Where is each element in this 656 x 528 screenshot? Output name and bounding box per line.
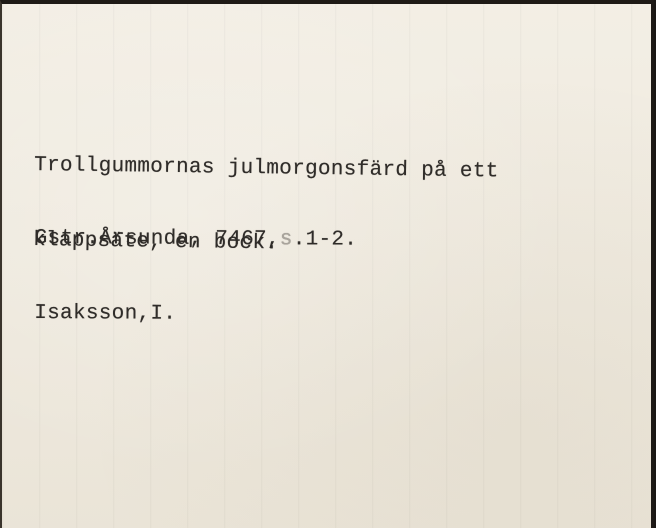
author-line: Isaksson,I. (34, 301, 357, 328)
page-range: .1-2. (293, 228, 358, 251)
card-reference: Gstr.Årsunda, 7467,s.1-2. Isaksson,I. (34, 176, 358, 378)
page-abbrev-faint: s (280, 228, 293, 251)
source-line: Gstr.Årsunda, 7467,s.1-2. (35, 226, 358, 253)
index-card: Trollgummornas julmorgonsfärd på ett kla… (0, 0, 654, 528)
source-location: Gstr.Årsunda, 7467, (35, 227, 280, 251)
